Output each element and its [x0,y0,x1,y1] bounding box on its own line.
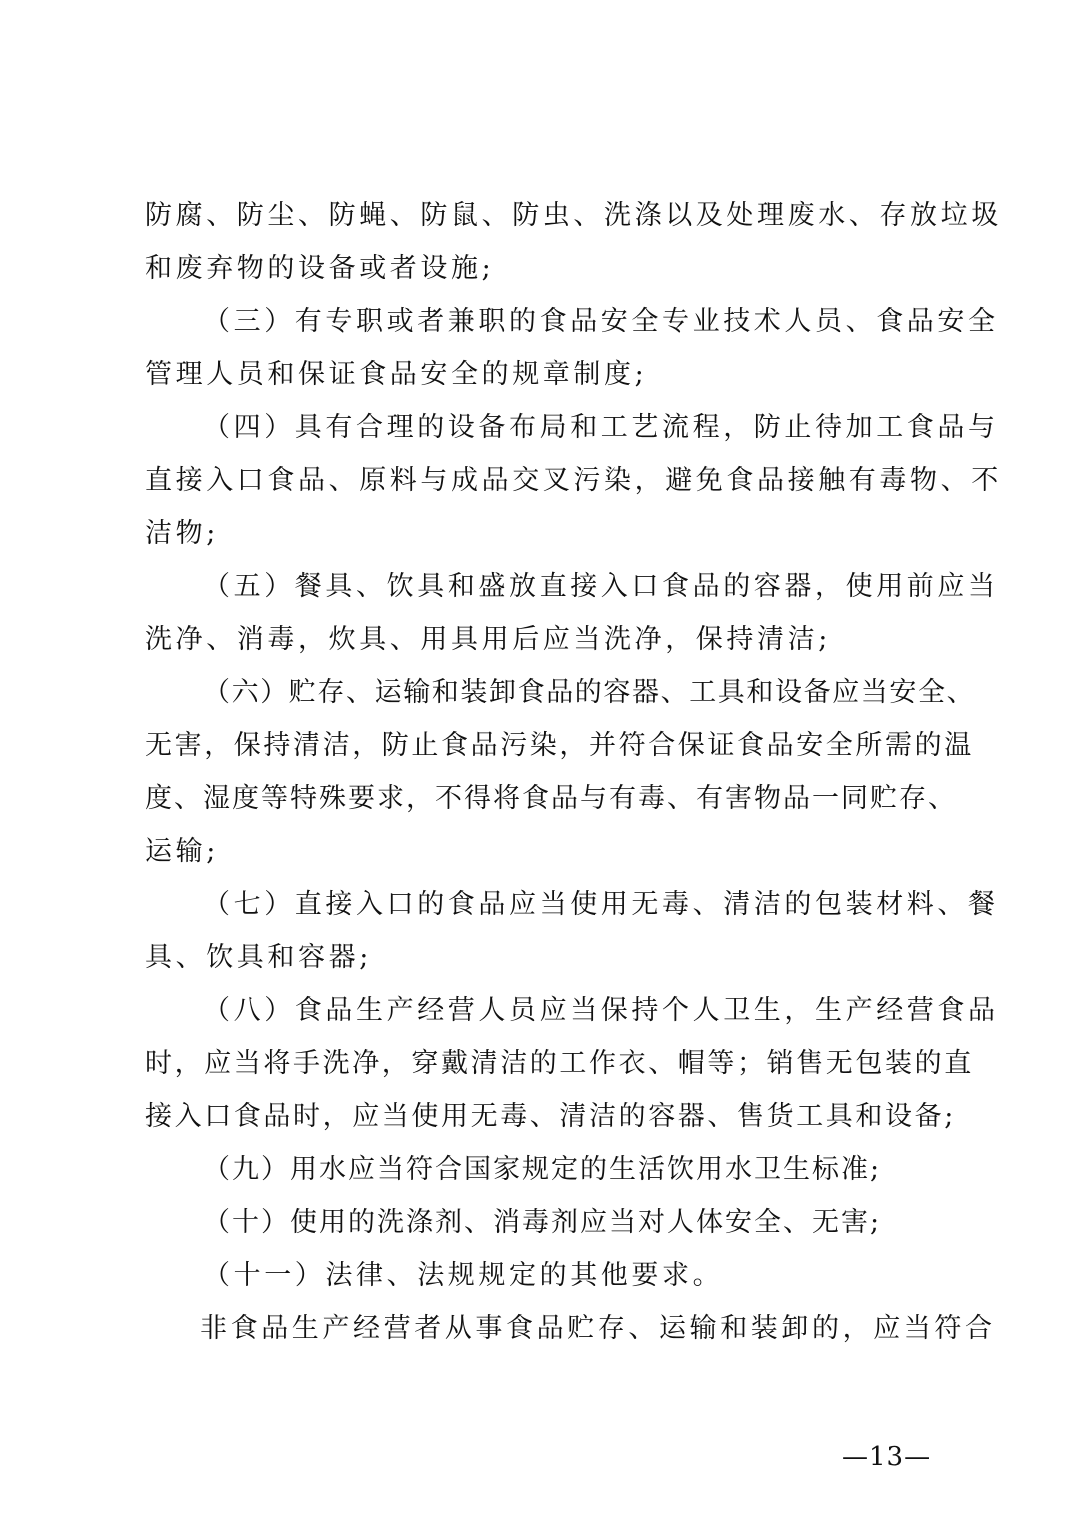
text-line: 洁物; [145,514,219,554]
text-line: 防腐、防尘、防蝇、防鼠、防虫、洗涤以及处理废水、存放垃圾 [145,196,1002,236]
document-page: 防腐、防尘、防蝇、防鼠、防虫、洗涤以及处理废水、存放垃圾 和废弃物的设备或者设施… [0,0,1074,1520]
clause-11-line: （十一）法律、法规规定的其他要求。 [203,1256,723,1296]
page-number: —13— [842,1442,931,1472]
text-line: 管理人员和保证食品安全的规章制度; [145,355,647,395]
clause-10-line: （十）使用的洗涤剂、消毒剂应当对人体安全、无害; [203,1203,881,1243]
clause-4-line: （四）具有合理的设备布局和工艺流程，防止待加工食品与 [203,408,999,448]
text-line: 无害，保持清洁，防止食品污染，并符合保证食品安全所需的温 [145,726,974,766]
text-line: 运输; [145,832,219,872]
clause-3-line: （三）有专职或者兼职的食品安全专业技术人员、食品安全 [203,302,999,342]
text-line: 接入口食品时，应当使用无毒、清洁的容器、售货工具和设备; [145,1097,956,1137]
clause-6-line: （六）贮存、运输和装卸食品的容器、工具和设备应当安全、 [203,673,975,713]
clause-8-line: （八）食品生产经营人员应当保持个人卫生，生产经营食品 [203,991,999,1031]
text-line: 度、湿度等特殊要求，不得将食品与有毒、有害物品一同贮存、 [145,779,957,819]
text-line: 时，应当将手洗净，穿戴清洁的工作衣、帽等；销售无包装的直 [145,1044,974,1084]
clause-5-line: （五）餐具、饮具和盛放直接入口食品的容器，使用前应当 [203,567,999,607]
paragraph-line: 非食品生产经营者从事食品贮存、运输和装卸的，应当符合 [200,1309,996,1349]
text-line: 具、饮具和容器; [145,938,372,978]
text-line: 和废弃物的设备或者设施; [145,249,494,289]
clause-7-line: （七）直接入口的食品应当使用无毒、清洁的包装材料、餐 [203,885,999,925]
text-line: 洗净、消毒，炊具、用具用后应当洗净，保持清洁; [145,620,831,660]
clause-9-line: （九）用水应当符合国家规定的生活饮用水卫生标准; [203,1150,881,1190]
text-line: 直接入口食品、原料与成品交叉污染，避免食品接触有毒物、不 [145,461,1002,501]
